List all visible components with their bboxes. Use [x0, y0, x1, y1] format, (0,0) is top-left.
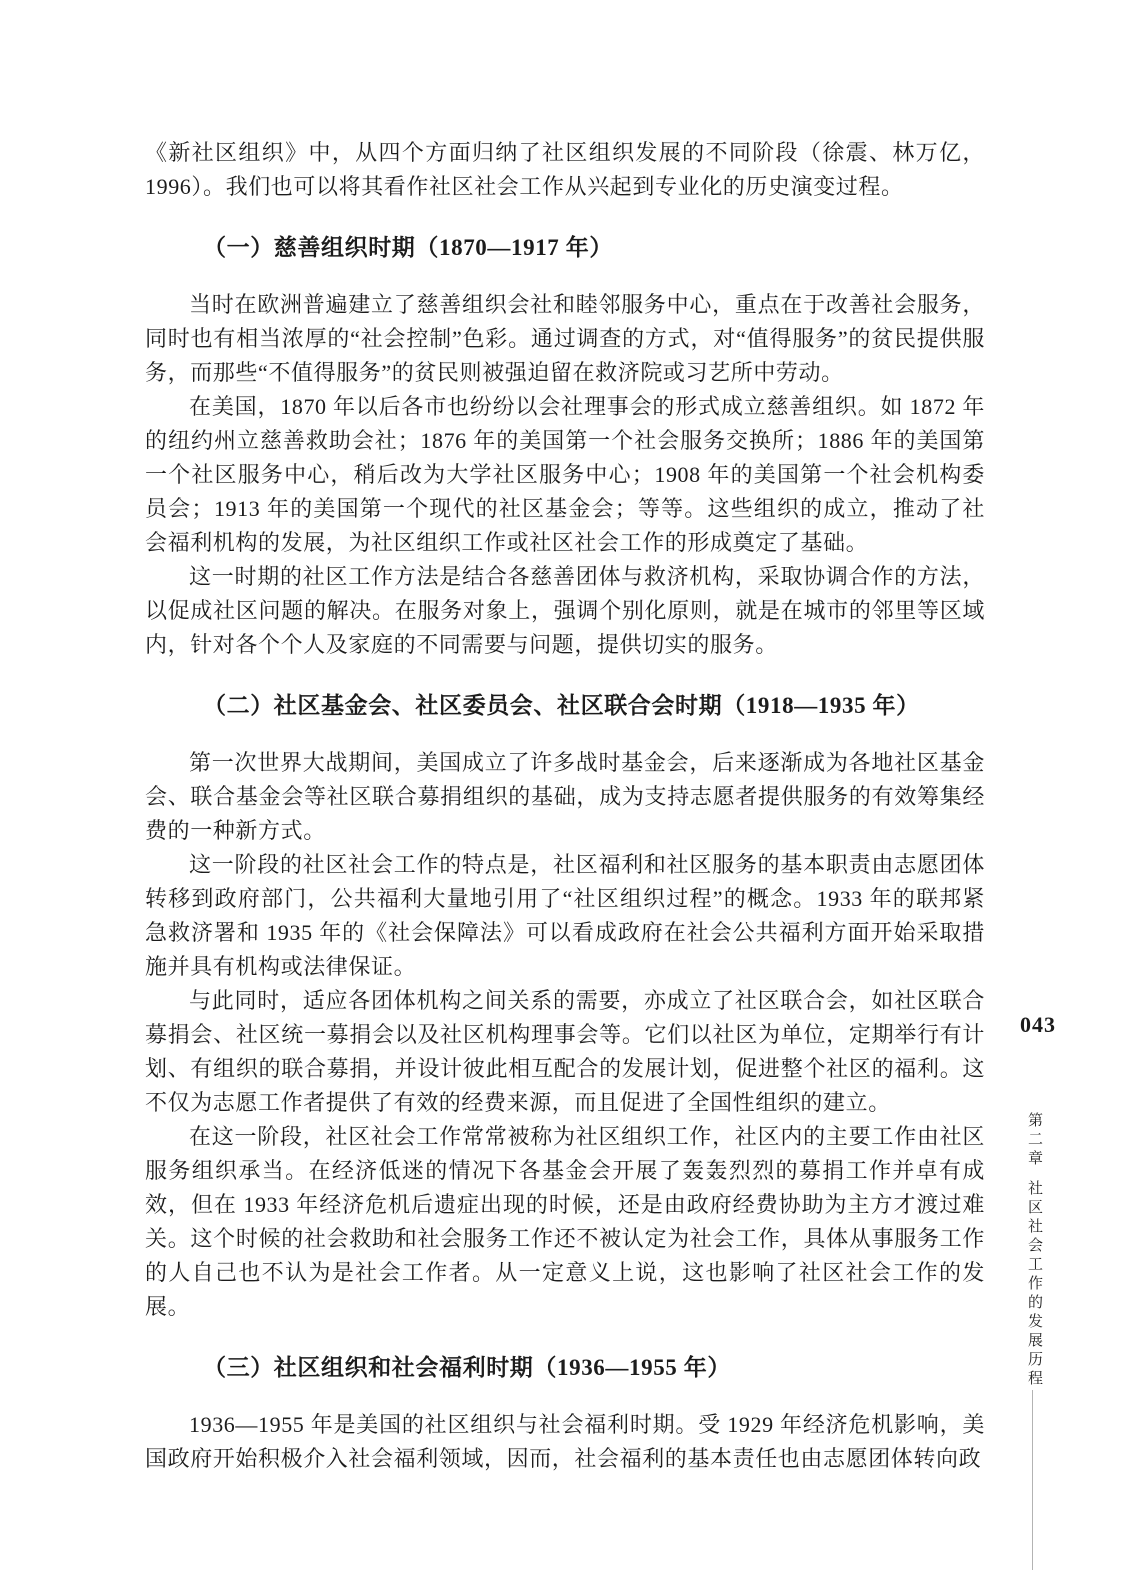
book-page: 《新社区组织》中，从四个方面归纳了社区组织发展的不同阶段（徐震、林万亿，1996…	[0, 0, 1127, 1570]
sidebar-chapter-label: 第二章	[1024, 1112, 1045, 1169]
paragraph: 这一时期的社区工作方法是结合各慈善团体与救济机构，采取协调合作的方法，以促成社区…	[145, 560, 985, 662]
section-heading-community-fund-period: （二）社区基金会、社区委员会、社区联合会时期（1918—1935 年）	[203, 688, 985, 724]
main-text-column: 《新社区组织》中，从四个方面归纳了社区组织发展的不同阶段（徐震、林万亿，1996…	[145, 136, 985, 1476]
sidebar-rule-line	[1032, 1390, 1033, 1570]
paragraph: 这一阶段的社区社会工作的特点是，社区福利和社区服务的基本职责由志愿团体转移到政府…	[145, 848, 985, 984]
paragraph: 在美国，1870 年以后各市也纷纷以会社理事会的形式成立慈善组织。如 1872 …	[145, 390, 985, 560]
paragraph: 与此同时，适应各团体机构之间关系的需要，亦成立了社区联合会，如社区联合募捐会、社…	[145, 984, 985, 1120]
intro-paragraph: 《新社区组织》中，从四个方面归纳了社区组织发展的不同阶段（徐震、林万亿，1996…	[145, 136, 985, 204]
paragraph: 1936—1955 年是美国的社区组织与社会福利时期。受 1929 年经济危机影…	[145, 1408, 985, 1476]
sidebar-chapter-title: 社区社会工作的发展历程	[1024, 1180, 1045, 1389]
paragraph: 在这一阶段，社区社会工作常常被称为社区组织工作，社区内的主要工作由社区服务组织承…	[145, 1120, 985, 1324]
page-number: 043	[1020, 1012, 1056, 1038]
paragraph: 第一次世界大战期间，美国成立了许多战时基金会，后来逐渐成为各地社区基金会、联合基…	[145, 746, 985, 848]
section-heading-charity-organization-period: （一）慈善组织时期（1870—1917 年）	[203, 230, 985, 266]
paragraph: 当时在欧洲普遍建立了慈善组织会社和睦邻服务中心，重点在于改善社会服务，同时也有相…	[145, 288, 985, 390]
section-heading-community-organization-welfare-period: （三）社区组织和社会福利时期（1936—1955 年）	[203, 1350, 985, 1386]
